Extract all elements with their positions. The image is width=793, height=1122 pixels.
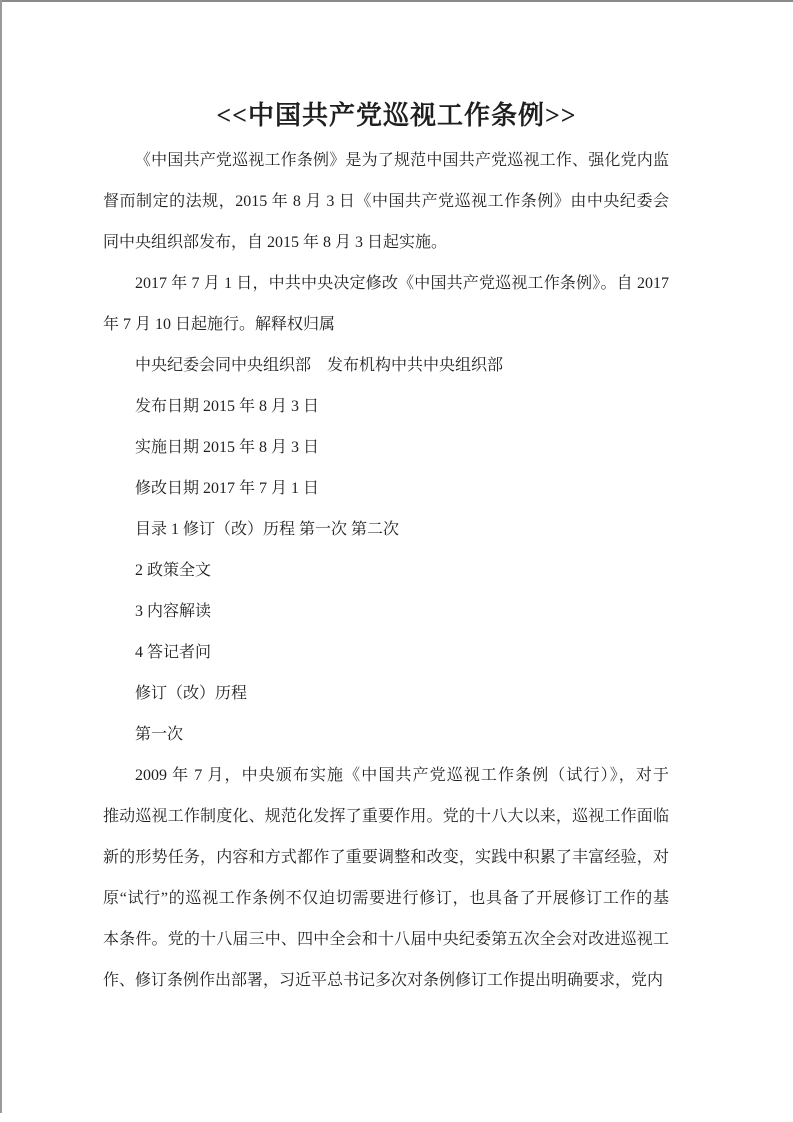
text-line: 2017 年 7 月 1 日，中共中央决定修改《中国共产党巡视工作条例》。自 2… xyxy=(103,263,669,304)
page-border-left xyxy=(0,0,2,1113)
text-line: 本条件。党的十八届三中、四中全会和十八届中央纪委第五次全会对改进巡视工 xyxy=(103,919,669,960)
text-line: 第一次 xyxy=(103,714,669,755)
text-line: 新的形势任务，内容和方式都作了重要调整和改变，实践中积累了丰富经验，对 xyxy=(103,837,669,878)
paragraph: 2017 年 7 月 1 日，中共中央决定修改《中国共产党巡视工作条例》。自 2… xyxy=(103,263,669,345)
paragraph: 3 内容解读 xyxy=(103,591,669,632)
text-line: 《中国共产党巡视工作条例》是为了规范中国共产党巡视工作、强化党内监 xyxy=(103,140,669,181)
paragraph: 2 政策全文 xyxy=(103,550,669,591)
text-line: 推动巡视工作制度化、规范化发挥了重要作用。党的十八大以来，巡视工作面临 xyxy=(103,796,669,837)
paragraph: 4 答记者问 xyxy=(103,632,669,673)
text-line: 年 7 月 10 日起施行。解释权归属 xyxy=(103,304,669,345)
paragraph: 中央纪委会同中央组织部 发布机构中共中央组织部 xyxy=(103,345,669,386)
text-line: 修订（改）历程 xyxy=(103,673,669,714)
text-line: 作、修订条例作出部署，习近平总书记多次对条例修订工作提出明确要求，党内 xyxy=(103,960,669,1001)
text-line: 2 政策全文 xyxy=(103,550,669,591)
paragraph: 第一次 xyxy=(103,714,669,755)
paragraph: 2009 年 7 月，中央颁布实施《中国共产党巡视工作条例（试行）》，对于推动巡… xyxy=(103,755,669,1001)
text-line: 发布日期 2015 年 8 月 3 日 xyxy=(103,386,669,427)
paragraph: 目录 1 修订（改）历程 第一次 第二次 xyxy=(103,509,669,550)
text-line: 中央纪委会同中央组织部 发布机构中共中央组织部 xyxy=(103,345,669,386)
paragraph: 《中国共产党巡视工作条例》是为了规范中国共产党巡视工作、强化党内监督而制定的法规… xyxy=(103,140,669,263)
document-page: <<中国共产党巡视工作条例>> 《中国共产党巡视工作条例》是为了规范中国共产党巡… xyxy=(0,0,793,1122)
document-title: <<中国共产党巡视工作条例>> xyxy=(0,95,793,137)
text-line: 3 内容解读 xyxy=(103,591,669,632)
text-line: 原“试行”的巡视工作条例不仅迫切需要进行修订，也具备了开展修订工作的基 xyxy=(103,878,669,919)
paragraph: 修订（改）历程 xyxy=(103,673,669,714)
text-line: 实施日期 2015 年 8 月 3 日 xyxy=(103,427,669,468)
paragraph: 实施日期 2015 年 8 月 3 日 xyxy=(103,427,669,468)
text-line: 督而制定的法规，2015 年 8 月 3 日《中国共产党巡视工作条例》由中央纪委… xyxy=(103,181,669,222)
text-line: 4 答记者问 xyxy=(103,632,669,673)
paragraph: 修改日期 2017 年 7 月 1 日 xyxy=(103,468,669,509)
document-body: 《中国共产党巡视工作条例》是为了规范中国共产党巡视工作、强化党内监督而制定的法规… xyxy=(103,140,669,1001)
page-border-top xyxy=(0,0,793,2)
text-line: 2009 年 7 月，中央颁布实施《中国共产党巡视工作条例（试行）》，对于 xyxy=(103,755,669,796)
text-line: 修改日期 2017 年 7 月 1 日 xyxy=(103,468,669,509)
text-line: 目录 1 修订（改）历程 第一次 第二次 xyxy=(103,509,669,550)
text-line: 同中央组织部发布，自 2015 年 8 月 3 日起实施。 xyxy=(103,222,669,263)
paragraph: 发布日期 2015 年 8 月 3 日 xyxy=(103,386,669,427)
